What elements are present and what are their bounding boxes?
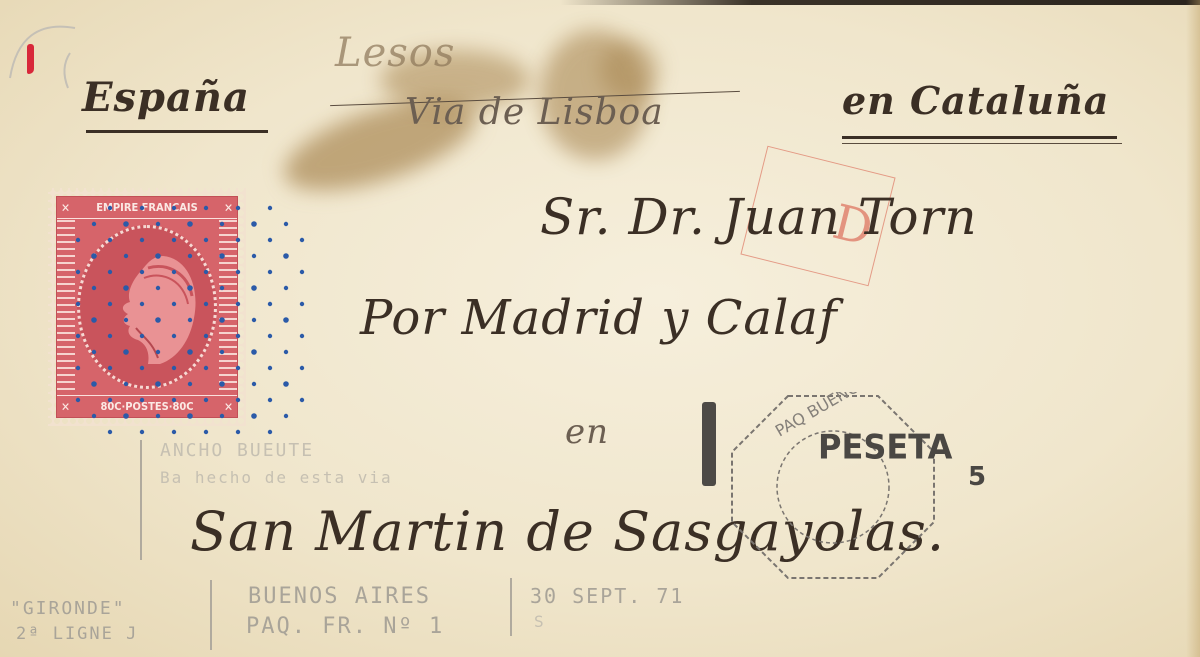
right-edge-toning (1186, 0, 1200, 657)
route-text: Via de Lisboa (405, 92, 664, 133)
octagonal-postmark: PAQ BUENOS (728, 392, 938, 582)
struck-word: Lesos (335, 30, 455, 76)
pencil-date: 30 SEPT. 71 (530, 584, 684, 608)
postage-stamp-80c: ✕ EMPIRE FRANCAIS ✕ ✕ 80C·POSTES·80C ✕ (48, 188, 246, 426)
en-text: en (565, 412, 609, 452)
stamp-bottom-text: 80C·POSTES·80C (100, 400, 193, 413)
envelope-cover: España Lesos Via de Lisboa en Cataluña D… (0, 0, 1200, 657)
region-underline (842, 136, 1117, 139)
water-stain (600, 40, 660, 100)
pencil-buenos-aires: BUENOS AIRES (248, 584, 431, 609)
napoleon-portrait-icon (108, 248, 208, 368)
greek-key-border-right (219, 219, 237, 395)
country-text: España (82, 74, 250, 121)
stamp-top-band: ✕ EMPIRE FRANCAIS ✕ (57, 197, 237, 219)
tax-bar-handstamp (702, 402, 716, 486)
red-ink-mark (27, 44, 34, 74)
corner-x-icon: ✕ (61, 400, 70, 414)
pencil-paq-fr: PAQ. FR. Nº 1 (246, 614, 444, 639)
pencil-gironde: "GIRONDE" (10, 598, 126, 619)
pencil-ligne: 2ª LIGNE J (16, 624, 138, 644)
pencil-date-sub: S (534, 612, 546, 631)
pencil-divider (210, 580, 212, 650)
region-text: en Cataluña (842, 78, 1109, 123)
pencil-divider (140, 440, 142, 560)
stamp-face: ✕ EMPIRE FRANCAIS ✕ ✕ 80C·POSTES·80C ✕ (56, 196, 238, 418)
pencil-note-line1: ANCHO BUEUTE (160, 440, 314, 461)
corner-x-icon: ✕ (61, 201, 70, 215)
addressee-text: Sr. Dr. Juan Torn (540, 188, 978, 246)
greek-key-border-left (57, 219, 75, 395)
stamp-medallion (77, 225, 217, 389)
pesetas-handstamp: PESETA (818, 427, 952, 467)
stamp-top-text: EMPIRE FRANCAIS (96, 201, 197, 214)
corner-x-icon: ✕ (224, 400, 233, 414)
top-edge-shadow (560, 0, 1200, 5)
pencil-divider (510, 578, 512, 636)
corner-x-icon: ✕ (224, 201, 233, 215)
via-text: Por Madrid y Calaf (360, 290, 838, 346)
pencil-note-line2: Ba hecho de esta via (160, 468, 393, 487)
stamp-bottom-band: ✕ 80C·POSTES·80C ✕ (57, 395, 237, 417)
country-underline (86, 130, 268, 133)
pesetas-value: 5 (968, 462, 986, 492)
region-underline-2 (842, 143, 1122, 144)
